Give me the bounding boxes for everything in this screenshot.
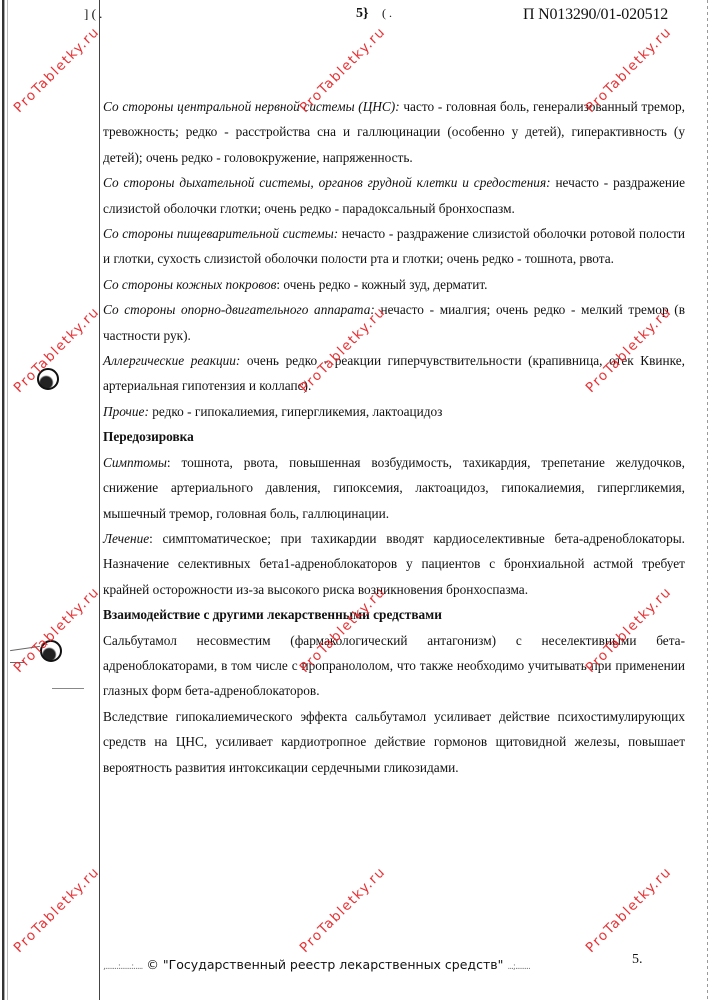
registration-number: П N013290/01-020512 — [523, 6, 668, 24]
header-page-mark-suffix: ( . — [382, 6, 392, 20]
watermark: ProTabletky.ru — [11, 24, 103, 116]
side-effect-respiratory: Со стороны дыхательной системы, органов … — [103, 170, 685, 221]
section-label: Прочие: — [103, 404, 149, 419]
scan-scratch — [52, 688, 84, 689]
section-label: Аллергические реакции: — [103, 353, 240, 368]
section-text: : очень редко - кожный зуд, дерматит. — [276, 277, 487, 292]
page-number: 5. — [632, 952, 643, 968]
watermark: ProTabletky.ru — [11, 864, 103, 956]
header-page-mark-number: 5} — [356, 6, 369, 21]
overdose-treatment: Лечение: симптоматическое; при тахикарди… — [103, 526, 685, 602]
section-text: редко - гипокалиемия, гипергликемия, лак… — [149, 404, 443, 419]
scan-edge-line — [7, 0, 8, 1000]
symptoms-text: : тошнота, рвота, повышенная возбудимост… — [103, 455, 685, 521]
watermark: ProTabletky.ru — [297, 864, 389, 956]
treatment-label: Лечение — [103, 531, 149, 546]
footer-copyright: © "Государственный реестр лекарственных … — [146, 957, 503, 972]
interactions-heading: Взаимодействие с другими лекарственными … — [103, 602, 685, 627]
side-effect-musculoskeletal: Со стороны опорно-двигательного аппарата… — [103, 297, 685, 348]
footer-dots-right: ...;........ — [507, 962, 530, 972]
symptoms-label: Симптомы — [103, 455, 167, 470]
section-label: Со стороны дыхательной системы, органов … — [103, 175, 551, 190]
footer-dots-left: ,.......:......:..... — [103, 962, 142, 972]
side-effect-digestive: Со стороны пищеварительной системы: неча… — [103, 221, 685, 272]
overdose-symptoms: Симптомы: тошнота, рвота, повышенная воз… — [103, 450, 685, 526]
section-label: Со стороны опорно-двигательного аппарата… — [103, 302, 375, 317]
overdose-heading: Передозировка — [103, 424, 685, 449]
interactions-paragraph: Вследствие гипокалиемического эффекта са… — [103, 704, 685, 780]
scan-edge-right — [707, 0, 708, 1000]
watermark: ProTabletky.ru — [11, 584, 103, 676]
document-body: Со стороны центральной нервной системы (… — [103, 94, 685, 780]
header-left-mark: ] ( . — [84, 6, 102, 22]
section-label: Со стороны кожных покровов — [103, 277, 276, 292]
side-effect-other: Прочие: редко - гипокалиемия, гиперглике… — [103, 399, 685, 424]
header-page-mark: 5} ( . — [356, 6, 392, 22]
scan-edge-left — [2, 0, 6, 1000]
watermark: ProTabletky.ru — [583, 864, 675, 956]
section-label: Со стороны пищеварительной системы: — [103, 226, 338, 241]
side-effect-skin: Со стороны кожных покровов: очень редко … — [103, 272, 685, 297]
margin-rule — [99, 0, 100, 1000]
treatment-text: : симптоматическое; при тахикардии вводя… — [103, 531, 685, 597]
section-label: Со стороны центральной нервной системы (… — [103, 99, 400, 114]
footer-copyright-line: ,.......:......:..... © "Государственный… — [103, 957, 530, 972]
